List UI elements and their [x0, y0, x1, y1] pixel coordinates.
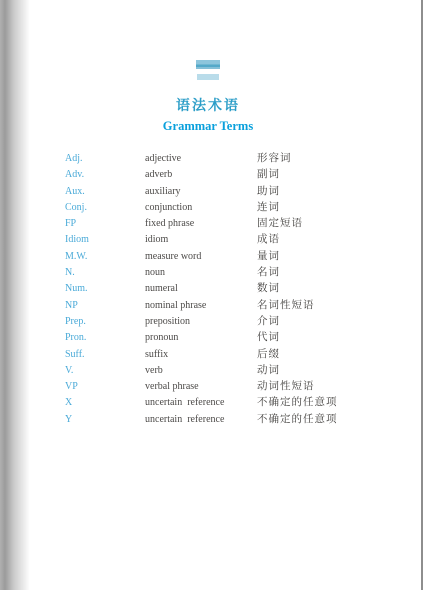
term-english: nominal phrase: [145, 298, 257, 314]
term-english: fixed phrase: [145, 216, 257, 232]
term-chinese: 介词: [257, 314, 395, 330]
term-english: verbal phrase: [145, 379, 257, 395]
term-chinese: 副词: [257, 167, 395, 183]
term-abbreviation: Suff.: [65, 347, 145, 363]
term-abbreviation: N.: [65, 265, 145, 281]
term-chinese: 量词: [257, 249, 395, 265]
term-abbreviation: VP: [65, 379, 145, 395]
term-chinese: 名词: [257, 265, 395, 281]
term-english: suffix: [145, 347, 257, 363]
term-english: adverb: [145, 167, 257, 183]
book-page: 语法术语 Grammar Terms Adj.adjective形容词Adv.a…: [0, 0, 423, 590]
term-abbreviation: Prep.: [65, 314, 145, 330]
term-chinese: 动词性短语: [257, 379, 395, 395]
double-bar-icon: [0, 60, 416, 80]
term-chinese: 不确定的任意项: [257, 412, 395, 428]
term-row: Num.numeral数词: [65, 281, 395, 297]
term-chinese: 数词: [257, 281, 395, 297]
term-abbreviation: FP: [65, 216, 145, 232]
term-row: Conj.conjunction连词: [65, 200, 395, 216]
term-english: conjunction: [145, 200, 257, 216]
term-english: noun: [145, 265, 257, 281]
term-row: N.noun名词: [65, 265, 395, 281]
term-chinese: 后缀: [257, 347, 395, 363]
term-english: measure word: [145, 249, 257, 265]
term-row: M.W.measure word量词: [65, 249, 395, 265]
term-chinese: 助词: [257, 184, 395, 200]
term-abbreviation: Aux.: [65, 184, 145, 200]
term-abbreviation: Idiom: [65, 232, 145, 248]
term-abbreviation: Num.: [65, 281, 145, 297]
page-title-english: Grammar Terms: [0, 119, 416, 134]
term-english: pronoun: [145, 330, 257, 346]
term-row: VPverbal phrase动词性短语: [65, 379, 395, 395]
term-english: verb: [145, 363, 257, 379]
term-chinese: 形容词: [257, 151, 395, 167]
term-row: NPnominal phrase名词性短语: [65, 298, 395, 314]
term-abbreviation: Y: [65, 412, 145, 428]
double-bar-icon-bottom: [197, 74, 219, 80]
term-row: Suff.suffix后缀: [65, 347, 395, 363]
term-abbreviation: Adv.: [65, 167, 145, 183]
term-chinese: 不确定的任意项: [257, 395, 395, 411]
term-english: auxiliary: [145, 184, 257, 200]
term-english: adjective: [145, 151, 257, 167]
term-row: Xuncertain reference不确定的任意项: [65, 395, 395, 411]
term-abbreviation: Pron.: [65, 330, 145, 346]
term-row: Adv.adverb副词: [65, 167, 395, 183]
term-abbreviation: M.W.: [65, 249, 145, 265]
term-abbreviation: V.: [65, 363, 145, 379]
term-row: Adj.adjective形容词: [65, 151, 395, 167]
term-row: Aux.auxiliary助词: [65, 184, 395, 200]
term-english: idiom: [145, 232, 257, 248]
term-english: uncertain reference: [145, 395, 257, 411]
term-english: preposition: [145, 314, 257, 330]
term-english: uncertain reference: [145, 412, 257, 428]
term-chinese: 成语: [257, 232, 395, 248]
double-bar-icon-top: [196, 60, 220, 69]
term-abbreviation: X: [65, 395, 145, 411]
term-abbreviation: Adj.: [65, 151, 145, 167]
term-chinese: 名词性短语: [257, 298, 395, 314]
term-abbreviation: Conj.: [65, 200, 145, 216]
term-chinese: 连词: [257, 200, 395, 216]
term-chinese: 动词: [257, 363, 395, 379]
term-row: Pron.pronoun代词: [65, 330, 395, 346]
term-row: V.verb动词: [65, 363, 395, 379]
term-chinese: 固定短语: [257, 216, 395, 232]
terms-list: Adj.adjective形容词Adv.adverb副词Aux.auxiliar…: [65, 151, 395, 428]
term-english: numeral: [145, 281, 257, 297]
term-row: Idiomidiom成语: [65, 232, 395, 248]
term-row: FPfixed phrase固定短语: [65, 216, 395, 232]
term-row: Yuncertain reference不确定的任意项: [65, 412, 395, 428]
term-abbreviation: NP: [65, 298, 145, 314]
term-chinese: 代词: [257, 330, 395, 346]
page-header: 语法术语 Grammar Terms: [0, 60, 416, 134]
page-title-chinese: 语法术语: [0, 95, 416, 115]
term-row: Prep.preposition介词: [65, 314, 395, 330]
